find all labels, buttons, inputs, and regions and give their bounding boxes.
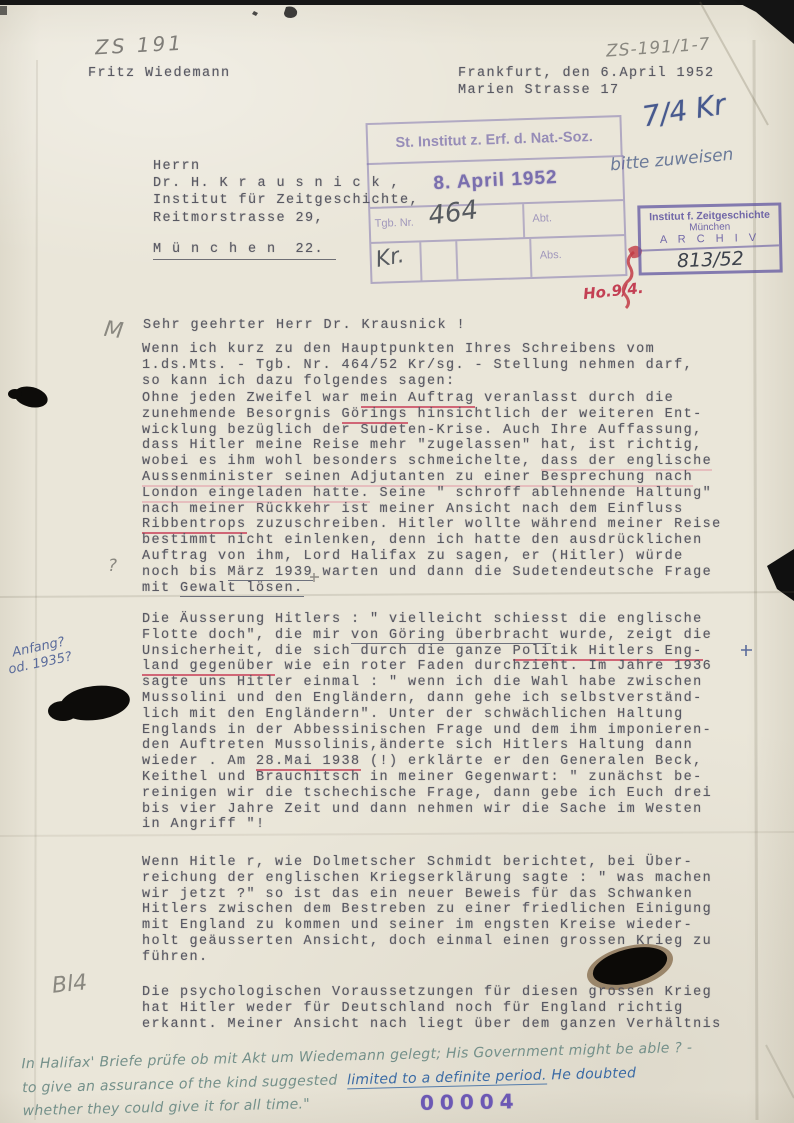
text-segment: Die Äusserung Hitlers : " vielleicht sch… xyxy=(142,612,703,627)
text-line: Hitlers zwischen dem Bestreben zu einer … xyxy=(142,902,712,918)
text-line: mit England zu kommen und seiner im engs… xyxy=(142,918,712,934)
text-segment: noch bis xyxy=(142,565,228,580)
place-date-line: Frankfurt, den 6.April 1952 xyxy=(458,66,715,82)
abs-label: Abs. xyxy=(540,249,562,262)
text-segment: Reitmorstrasse 29, xyxy=(153,211,324,226)
text-line: Herrn xyxy=(153,158,419,175)
text-line: wir jetzt ?" so ist das ein neuer Beweis… xyxy=(142,887,712,903)
text-segment: mit England zu kommen und seiner im engs… xyxy=(142,918,693,933)
text-segment: bestimmt nicht einlenken, denn ich hatte… xyxy=(142,533,703,548)
ink-blot-left-upper xyxy=(12,383,50,411)
street-line: Marien Strasse 17 xyxy=(458,83,620,99)
text-segment: wie ein roter Faden durchzieht. Im Jahre… xyxy=(275,659,712,674)
text-segment: whether they could give it for all time.… xyxy=(22,1096,310,1119)
text-segment: London eingeladen hatte. xyxy=(142,486,370,503)
entry-stamp-abs-cell: Abs. xyxy=(529,236,625,277)
text-segment: Ribbentrops xyxy=(142,517,247,534)
text-segment: Flotte doch", die mir xyxy=(142,628,351,643)
text-line: wobei es ihm wohl besonders schmeichelte… xyxy=(142,454,722,470)
text-segment: bis vier Jahre Zeit und dann nehmen wir … xyxy=(142,802,703,817)
text-line: bis vier Jahre Zeit und dann nehmen wir … xyxy=(142,802,712,818)
entry-stamp-empty-cell-2 xyxy=(455,239,530,279)
text-segment: (!) erklärte er den Generalen Beck, xyxy=(361,754,703,769)
text-segment: zunehmende Besorgnis xyxy=(142,407,342,422)
text-line: wicklung bezüglich der Sudeten-Krise. Au… xyxy=(142,423,722,439)
text-segment: lich mit den Engländern". Unter der schw… xyxy=(142,707,684,722)
text-line: zunehmende Besorgnis Görings hinsichtlic… xyxy=(142,407,722,423)
text-segment: Seine " schroff ablehnende Haltung" xyxy=(370,486,712,501)
text-segment: Görings xyxy=(342,407,409,424)
page-number-stamp: 00004 xyxy=(420,1089,520,1115)
text-segment: wieder . Am xyxy=(142,754,256,769)
sender-name: Fritz Wiedemann xyxy=(88,66,231,82)
text-line: Flotte doch", die mir von Göring überbra… xyxy=(142,628,712,644)
crease-vertical-left xyxy=(35,60,37,1120)
entry-stamp-abt-cell: Abt. xyxy=(522,201,624,237)
ink-blot-left-mid-lump xyxy=(48,701,78,721)
text-segment: Gewalt lösen. xyxy=(180,581,304,597)
text-line: wieder . Am 28.Mai 1938 (!) erklärte er … xyxy=(142,754,712,770)
text-segment: wir jetzt ?" so ist das ein neuer Beweis… xyxy=(142,887,693,902)
text-line: Institut für Zeitgeschichte, xyxy=(153,192,419,209)
text-segment: Institut für Zeitgeschichte, xyxy=(153,193,419,208)
pencil-margin-m: M xyxy=(102,317,124,344)
scan-notch-right xyxy=(767,549,794,601)
text-segment: Unsicherheit, die sich durch die ganze xyxy=(142,644,513,659)
ink-blot-left-mid xyxy=(58,682,132,724)
tgb-number-handwritten: 464 xyxy=(427,195,480,231)
text-line: Ohne jeden Zweifel war mein Auftrag vera… xyxy=(142,391,722,407)
text-line: 1.ds.Mts. - Tgb. Nr. 464/52 Kr/sg. - Ste… xyxy=(142,358,693,374)
text-segment: Englands in der Abbessinischen Frage und… xyxy=(142,723,712,738)
text-segment: sagte uns Hitler einmal : " wenn ich die… xyxy=(142,675,703,690)
archive-number-handwritten: 813/52 xyxy=(641,244,780,273)
text-segment: He doubted xyxy=(546,1065,636,1083)
text-segment: limited to a definite period. xyxy=(347,1067,547,1089)
pencil-margin-bl: Bl4 xyxy=(51,970,89,999)
ink-date-initials: 7/4 Kr xyxy=(640,88,728,134)
text-line: Wenn Hitle r, wie Dolmetscher Schmidt be… xyxy=(142,855,712,871)
paragraph-1: Wenn ich kurz zu den Hauptpunkten Ihres … xyxy=(142,342,693,389)
text-segment: 1.ds.Mts. - Tgb. Nr. 464/52 Kr/sg. - Ste… xyxy=(142,358,693,373)
text-segment: Keithel und Brauchitsch in meiner Gegenw… xyxy=(142,770,703,785)
text-segment: Wenn Hitle r, wie Dolmetscher Schmidt be… xyxy=(142,855,693,870)
text-segment: warten und dann die Sudetendeutsche Frag… xyxy=(313,565,712,580)
recipient-address: HerrnDr. H. K r a u s n i c k ,Institut … xyxy=(153,158,419,227)
text-line: erkannt. Meiner Ansicht nach liegt über … xyxy=(142,1017,722,1033)
text-segment: Herrn xyxy=(153,159,201,174)
text-segment: hinsichtlich der weiteren Ent- xyxy=(408,407,703,422)
text-line: land gegenüber wie ein roter Faden durch… xyxy=(142,659,712,675)
text-segment: dass Hitler meine Reise mehr "zugelassen… xyxy=(142,438,703,453)
text-line: Dr. H. K r a u s n i c k , xyxy=(153,175,419,192)
paragraph-3: Die Äusserung Hitlers : " vielleicht sch… xyxy=(142,612,712,833)
recipient-city: M ü n c h e n 22. xyxy=(153,242,336,260)
text-line: sagte uns Hitler einmal : " wenn ich die… xyxy=(142,675,712,691)
text-segment: erkannt. Meiner Ansicht nach liegt über … xyxy=(142,1017,722,1032)
paragraph-2: Ohne jeden Zweifel war mein Auftrag vera… xyxy=(142,391,722,596)
text-segment: mein Auftrag xyxy=(361,391,475,408)
text-segment: Hitlers zwischen dem Bestreben zu einer … xyxy=(142,902,712,917)
text-line: Keithel und Brauchitsch in meiner Gegenw… xyxy=(142,770,712,786)
text-segment: wurde, zeigt die xyxy=(551,628,713,643)
text-segment: mit xyxy=(142,581,180,596)
text-segment: in Angriff "! xyxy=(142,817,266,832)
text-segment: to give an assurance of the kind suggest… xyxy=(22,1072,347,1096)
text-segment: zuzuschreiben. Hitler wollte während mei… xyxy=(247,517,722,532)
text-segment: 28.Mai 1938 xyxy=(256,754,361,771)
text-line: lich mit den Engländern". Unter der schw… xyxy=(142,707,712,723)
paragraph-5: Die psychologischen Voraussetzungen für … xyxy=(142,985,722,1032)
handwritten-footer-note: In Halifax' Briefe prüfe ob mit Akt um W… xyxy=(21,1035,782,1123)
text-segment: holt geäusserten Ansicht, doch einmal ei… xyxy=(142,934,712,949)
archive-stamp: Institut f. Zeitgeschichte München A R C… xyxy=(637,202,782,275)
text-line: Ribbentrops zuzuschreiben. Hitler wollte… xyxy=(142,517,722,533)
text-segment: reichung der englischen Kriegserklärung … xyxy=(142,871,712,886)
pencil-archive-ref-top-right: ZS-191/1-7 xyxy=(605,34,711,61)
entry-stamp-bottom-row: Kr. Abs. xyxy=(369,236,627,284)
abt-label: Abt. xyxy=(532,212,552,225)
registrar-initials-handwritten: Kr. xyxy=(374,243,407,273)
scan-edge-top xyxy=(0,0,794,5)
text-line: reichung der englischen Kriegserklärung … xyxy=(142,871,712,887)
text-line: dass Hitler meine Reise mehr "zugelassen… xyxy=(142,438,722,454)
entry-stamp-initials-cell: Kr. xyxy=(371,242,420,281)
text-line: noch bis März 1939 warten und dann die S… xyxy=(142,565,722,581)
text-segment: Die psychologischen Voraussetzungen für … xyxy=(142,985,712,1000)
text-segment: Ohne jeden Zweifel war xyxy=(142,391,361,406)
text-segment: wicklung bezüglich der Sudeten-Krise. Au… xyxy=(142,423,703,438)
text-segment: den Auftreten Mussolinis,änderte sich Hi… xyxy=(142,738,693,753)
entry-stamp-empty-cell-1 xyxy=(419,241,456,280)
text-segment: land gegenüber xyxy=(142,659,275,676)
text-segment: Aussenminister seinen Adjutanten zu eine… xyxy=(142,470,693,487)
text-line: bestimmt nicht einlenken, denn ich hatte… xyxy=(142,533,722,549)
text-line: Reitmorstrasse 29, xyxy=(153,210,419,227)
text-segment: Auftrag von ihm, Lord Halifax zu sagen, … xyxy=(142,549,684,564)
text-line: Unsicherheit, die sich durch die ganze P… xyxy=(142,644,712,660)
text-segment: März 1939 xyxy=(228,565,314,581)
text-segment: so kann ich dazu folgendes sagen: xyxy=(142,374,456,389)
text-line: führen. xyxy=(142,950,712,966)
text-line: reinigen wir die tschechische Frage, dan… xyxy=(142,786,712,802)
text-line: Auftrag von ihm, Lord Halifax zu sagen, … xyxy=(142,549,722,565)
text-line: Wenn ich kurz zu den Hauptpunkten Ihres … xyxy=(142,342,693,358)
text-line: Die psychologischen Voraussetzungen für … xyxy=(142,985,722,1001)
text-line: hat Hitler weder für Deutschland noch fü… xyxy=(142,1001,722,1017)
text-segment: reinigen wir die tschechische Frage, dan… xyxy=(142,786,712,801)
pencil-archive-ref-top-left: ZS 191 xyxy=(94,31,184,60)
text-line: Aussenminister seinen Adjutanten zu eine… xyxy=(142,470,722,486)
text-segment: Dr. H. K r a u s n i c k , xyxy=(153,176,400,191)
text-segment: veranlasst durch die xyxy=(475,391,675,406)
speck-top-2 xyxy=(284,7,297,19)
red-registrar-note: Ho.9/4. xyxy=(582,279,644,303)
text-line: Englands in der Abbessinischen Frage und… xyxy=(142,723,712,739)
scan-edge-left-speck xyxy=(0,6,7,15)
text-line: Die Äusserung Hitlers : " vielleicht sch… xyxy=(142,612,712,628)
text-segment: hat Hitler weder für Deutschland noch fü… xyxy=(142,1001,684,1016)
text-segment: dass der englische xyxy=(541,454,712,471)
entry-stamp-date: 8. April 1952 xyxy=(433,167,558,195)
pencil-margin-question: ? xyxy=(108,556,117,576)
text-segment: wobei es ihm wohl besonders schmeichelte… xyxy=(142,454,541,469)
text-line: den Auftreten Mussolinis,änderte sich Hi… xyxy=(142,738,712,754)
text-line: nach meiner Rückkehr ist meiner Ansicht … xyxy=(142,502,722,518)
text-segment: nach meiner Rückkehr ist meiner Ansicht … xyxy=(142,502,684,517)
text-segment: führen. xyxy=(142,950,209,965)
paragraph-4: Wenn Hitle r, wie Dolmetscher Schmidt be… xyxy=(142,855,712,966)
text-line: so kann ich dazu folgendes sagen: xyxy=(142,374,693,390)
scan-corner-top-right xyxy=(733,0,794,44)
scanned-letter-page: ZS 191 ZS-191/1-7 Fritz Wiedemann Frankf… xyxy=(0,0,794,1123)
salutation: Sehr geehrter Herr Dr. Krausnick ! xyxy=(143,318,466,334)
speck-top-1 xyxy=(252,11,258,16)
text-segment: Wenn ich kurz zu den Hauptpunkten Ihres … xyxy=(142,342,655,357)
text-line: Mussolini und den Engländern, dann gehe … xyxy=(142,691,712,707)
text-segment: Mussolini und den Engländern, dann gehe … xyxy=(142,691,703,706)
text-line: London eingeladen hatte. Seine " schroff… xyxy=(142,486,722,502)
text-segment: von Göring überbracht xyxy=(351,628,551,644)
text-line: mit Gewalt lösen. xyxy=(142,581,722,597)
text-line: in Angriff "! xyxy=(142,817,712,833)
ink-blot-left-upper-tail xyxy=(8,389,22,399)
plus-blue-mark xyxy=(741,645,752,656)
text-line: holt geäusserten Ansicht, doch einmal ei… xyxy=(142,934,712,950)
